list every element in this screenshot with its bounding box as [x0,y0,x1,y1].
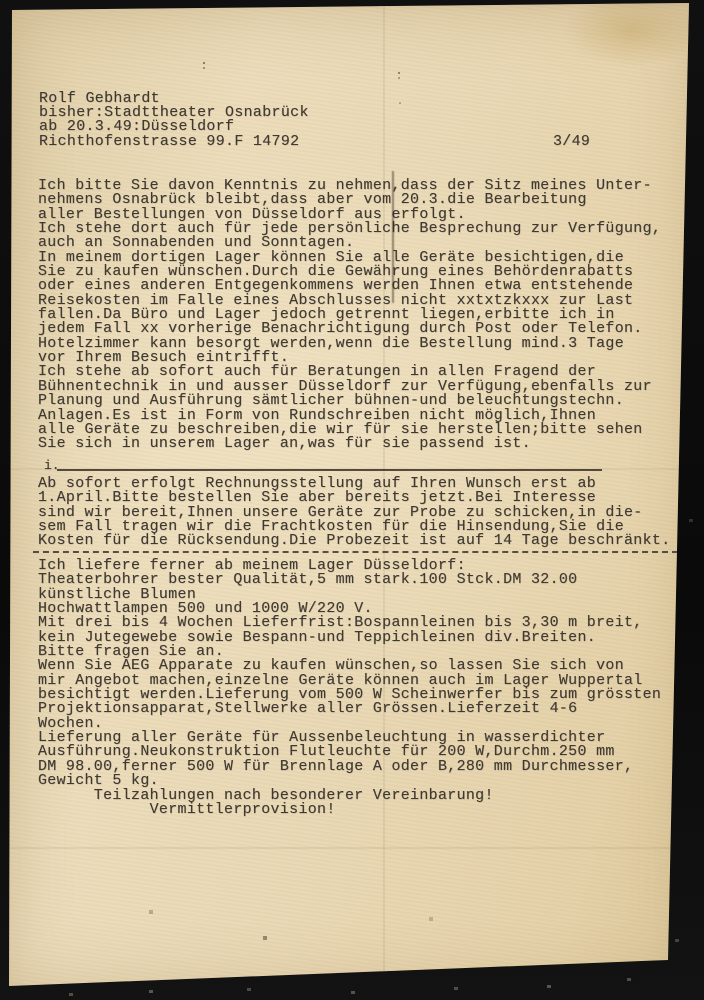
photo-background: Rolf Gebhardtbisher:Stadttheater Osnabrü… [0,0,704,1000]
paragraph-delivery: Ich liefere ferner ab meinem Lager Düsse… [38,559,661,817]
paragraph-terms: Ab sofort erfolgt Rechnungsstellung auf … [38,477,671,549]
text-line: Sie sich in unserem Lager an,was für sie… [38,437,661,451]
stray-type-marks [203,62,205,64]
paragraph-opening: Ich bitte Sie davon Kenntnis zu nehmen,d… [38,179,661,452]
separator-dashed [33,551,688,553]
text-line: Richthofenstrasse 99.F 14792 [39,135,309,149]
separator-underline [57,469,602,471]
text-line: Kosten für die Rücksendung.Die Probezeit… [38,534,671,548]
fold-line-horizontal-lower [0,847,704,849]
ink-smudge-line [392,171,394,303]
text-line: Projektionsapparat,Stellwerke aller Grös… [38,702,661,716]
sender-block: Rolf Gebhardtbisher:Stadttheater Osnabrü… [39,92,309,149]
file-reference: 3/49 [553,133,590,150]
letter-paper: Rolf Gebhardtbisher:Stadttheater Osnabrü… [0,0,704,1000]
text-line: Vermittlerprovision! [38,803,661,817]
background-scratches [0,0,2,1]
